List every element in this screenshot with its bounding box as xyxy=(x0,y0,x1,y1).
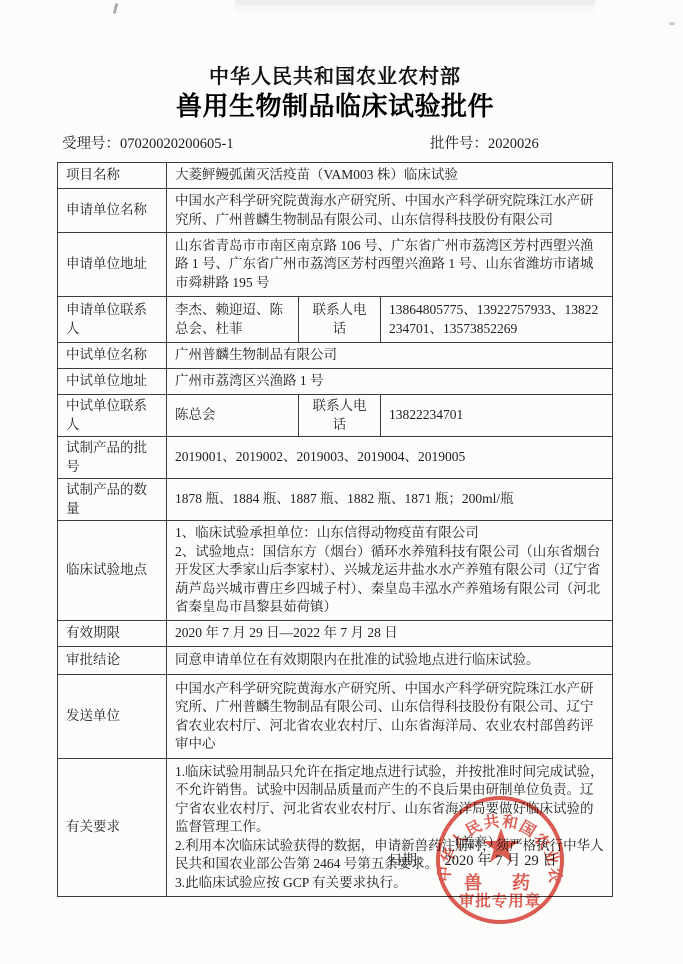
row-value: 1、临床试验承担单位：山东信得动物疫苗有限公司 2、试验地点：国信东方（烟台）循… xyxy=(167,521,613,621)
phone-label: 联系人电话 xyxy=(299,395,381,437)
table-row: 试制产品的批号 2019001、2019002、2019003、2019004、… xyxy=(58,437,613,479)
row-label: 试制产品的数量 xyxy=(58,479,167,521)
table-row: 中试单位名称 广州普麟生物制品有限公司 xyxy=(58,343,613,369)
row-label: 中试单位名称 xyxy=(58,343,167,369)
row-value: 大菱鲆鳗弧菌灭活疫苗（VAM003 株）临床试验 xyxy=(167,163,613,189)
table-row: 发送单位 中国水产科学研究院黄海水产研究所、中国水产科学研究院珠江水产研究所、广… xyxy=(58,675,613,759)
approval-number-value: 2020026 xyxy=(488,136,539,152)
acceptance-number: 受理号：07020020200605-1 xyxy=(62,132,234,153)
table-row: 申请单位地址 山东省青岛市市南区南京路 106 号、广东省广州市荔湾区芳村西塱兴… xyxy=(58,233,613,297)
table-row: 试制产品的数量 1878 瓶、1884 瓶、1887 瓶、1882 瓶、1871… xyxy=(58,479,613,521)
document-title: 兽用生物制品临床试验批件 xyxy=(40,86,630,123)
row-label: 申请单位联系人 xyxy=(58,297,167,343)
phone-value: 13864805775、13922757933、13822234701、1357… xyxy=(381,297,613,343)
star-icon xyxy=(483,828,519,862)
row-value: 广州市荔湾区兴渔路 1 号 xyxy=(167,369,613,395)
approval-table: 项目名称 大菱鲆鳗弧菌灭活疫苗（VAM003 株）临床试验 申请单位名称 中国水… xyxy=(57,162,613,897)
scan-mark-right xyxy=(669,22,675,25)
table-row: 审批结论 同意申请单位在有效期限内在批准的试验地点进行临床试验。 xyxy=(58,647,613,675)
row-label: 申请单位地址 xyxy=(58,233,167,297)
row-value: 陈总会 xyxy=(167,395,299,437)
table-row: 有效期限 2020 年 7 月 29 日—2022 年 7 月 28 日 xyxy=(58,621,613,647)
row-value: 中国水产科学研究院黄海水产研究所、中国水产科学研究院珠江水产研究所、广州普麟生物… xyxy=(167,189,613,233)
table-row: 临床试验地点 1、临床试验承担单位：山东信得动物疫苗有限公司 2、试验地点：国信… xyxy=(58,521,613,621)
seal-icon: 中华人民共和国农业农村部 兽 药 审批专用章 xyxy=(432,792,568,928)
table-row: 申请单位联系人 李杰、赖迎迢、陈总会、杜菲 联系人电话 13864805775、… xyxy=(58,297,613,343)
row-value: 李杰、赖迎迢、陈总会、杜菲 xyxy=(167,297,299,343)
date-label: 日期： xyxy=(388,853,432,869)
phone-label: 联系人电话 xyxy=(299,297,381,343)
row-label: 临床试验地点 xyxy=(58,521,167,621)
row-label: 中试单位联系人 xyxy=(58,395,167,437)
table-row: 项目名称 大菱鲆鳗弧菌灭活疫苗（VAM003 株）临床试验 xyxy=(58,163,613,189)
official-seal-stamp: 中华人民共和国农业农村部 兽 药 审批专用章 xyxy=(432,792,568,928)
row-label: 发送单位 xyxy=(58,675,167,759)
row-label: 申请单位名称 xyxy=(58,189,167,233)
scan-mark xyxy=(113,3,119,14)
trial-site-line: 1、临床试验承担单位：山东信得动物疫苗有限公司 xyxy=(175,524,604,543)
scan-smudge-top xyxy=(235,0,595,13)
approval-number-label: 批件号： xyxy=(430,136,488,152)
row-label: 有效期限 xyxy=(58,621,167,647)
row-value: 2019001、2019002、2019003、2019004、2019005 xyxy=(167,437,613,479)
approval-number: 批件号：2020026 xyxy=(430,132,539,153)
phone-value: 13822234701 xyxy=(381,395,613,437)
row-label: 审批结论 xyxy=(58,647,167,675)
table-row: 中试单位联系人 陈总会 联系人电话 13822234701 xyxy=(58,395,613,437)
row-label: 有关要求 xyxy=(58,759,167,897)
seal-inner-line2: 审批专用章 xyxy=(459,891,542,910)
row-value: 同意申请单位在有效期限内在批准的试验地点进行临床试验。 xyxy=(167,647,613,675)
acceptance-number-label: 受理号： xyxy=(62,136,120,152)
table-row: 中试单位地址 广州市荔湾区兴渔路 1 号 xyxy=(58,369,613,395)
seal-inner-line1: 兽 药 xyxy=(464,872,536,893)
acceptance-number-value: 07020020200605-1 xyxy=(120,136,234,152)
row-label: 中试单位地址 xyxy=(58,369,167,395)
trial-site-line: 2、试验地点：国信东方（烟台）循环水养殖科技有限公司（山东省烟台开发区大季家山后… xyxy=(175,543,604,617)
row-value: 1878 瓶、1884 瓶、1887 瓶、1882 瓶、1871 瓶；200ml… xyxy=(167,479,613,521)
row-label: 项目名称 xyxy=(58,163,167,189)
row-value: 广州普麟生物制品有限公司 xyxy=(167,343,613,369)
table-row: 申请单位名称 中国水产科学研究院黄海水产研究所、中国水产科学研究院珠江水产研究所… xyxy=(58,189,613,233)
ministry-title: 中华人民共和国农业农村部 xyxy=(40,60,630,89)
document-page: 中华人民共和国农业农村部 兽用生物制品临床试验批件 受理号：0702002020… xyxy=(0,0,683,964)
row-label: 试制产品的批号 xyxy=(58,437,167,479)
row-value: 中国水产科学研究院黄海水产研究所、中国水产科学研究院珠江水产研究所、广州普麟生物… xyxy=(167,675,613,759)
row-value: 2020 年 7 月 29 日—2022 年 7 月 28 日 xyxy=(167,621,613,647)
row-value: 山东省青岛市市南区南京路 106 号、广东省广州市荔湾区芳村西塱兴渔路 1 号、… xyxy=(167,233,613,297)
